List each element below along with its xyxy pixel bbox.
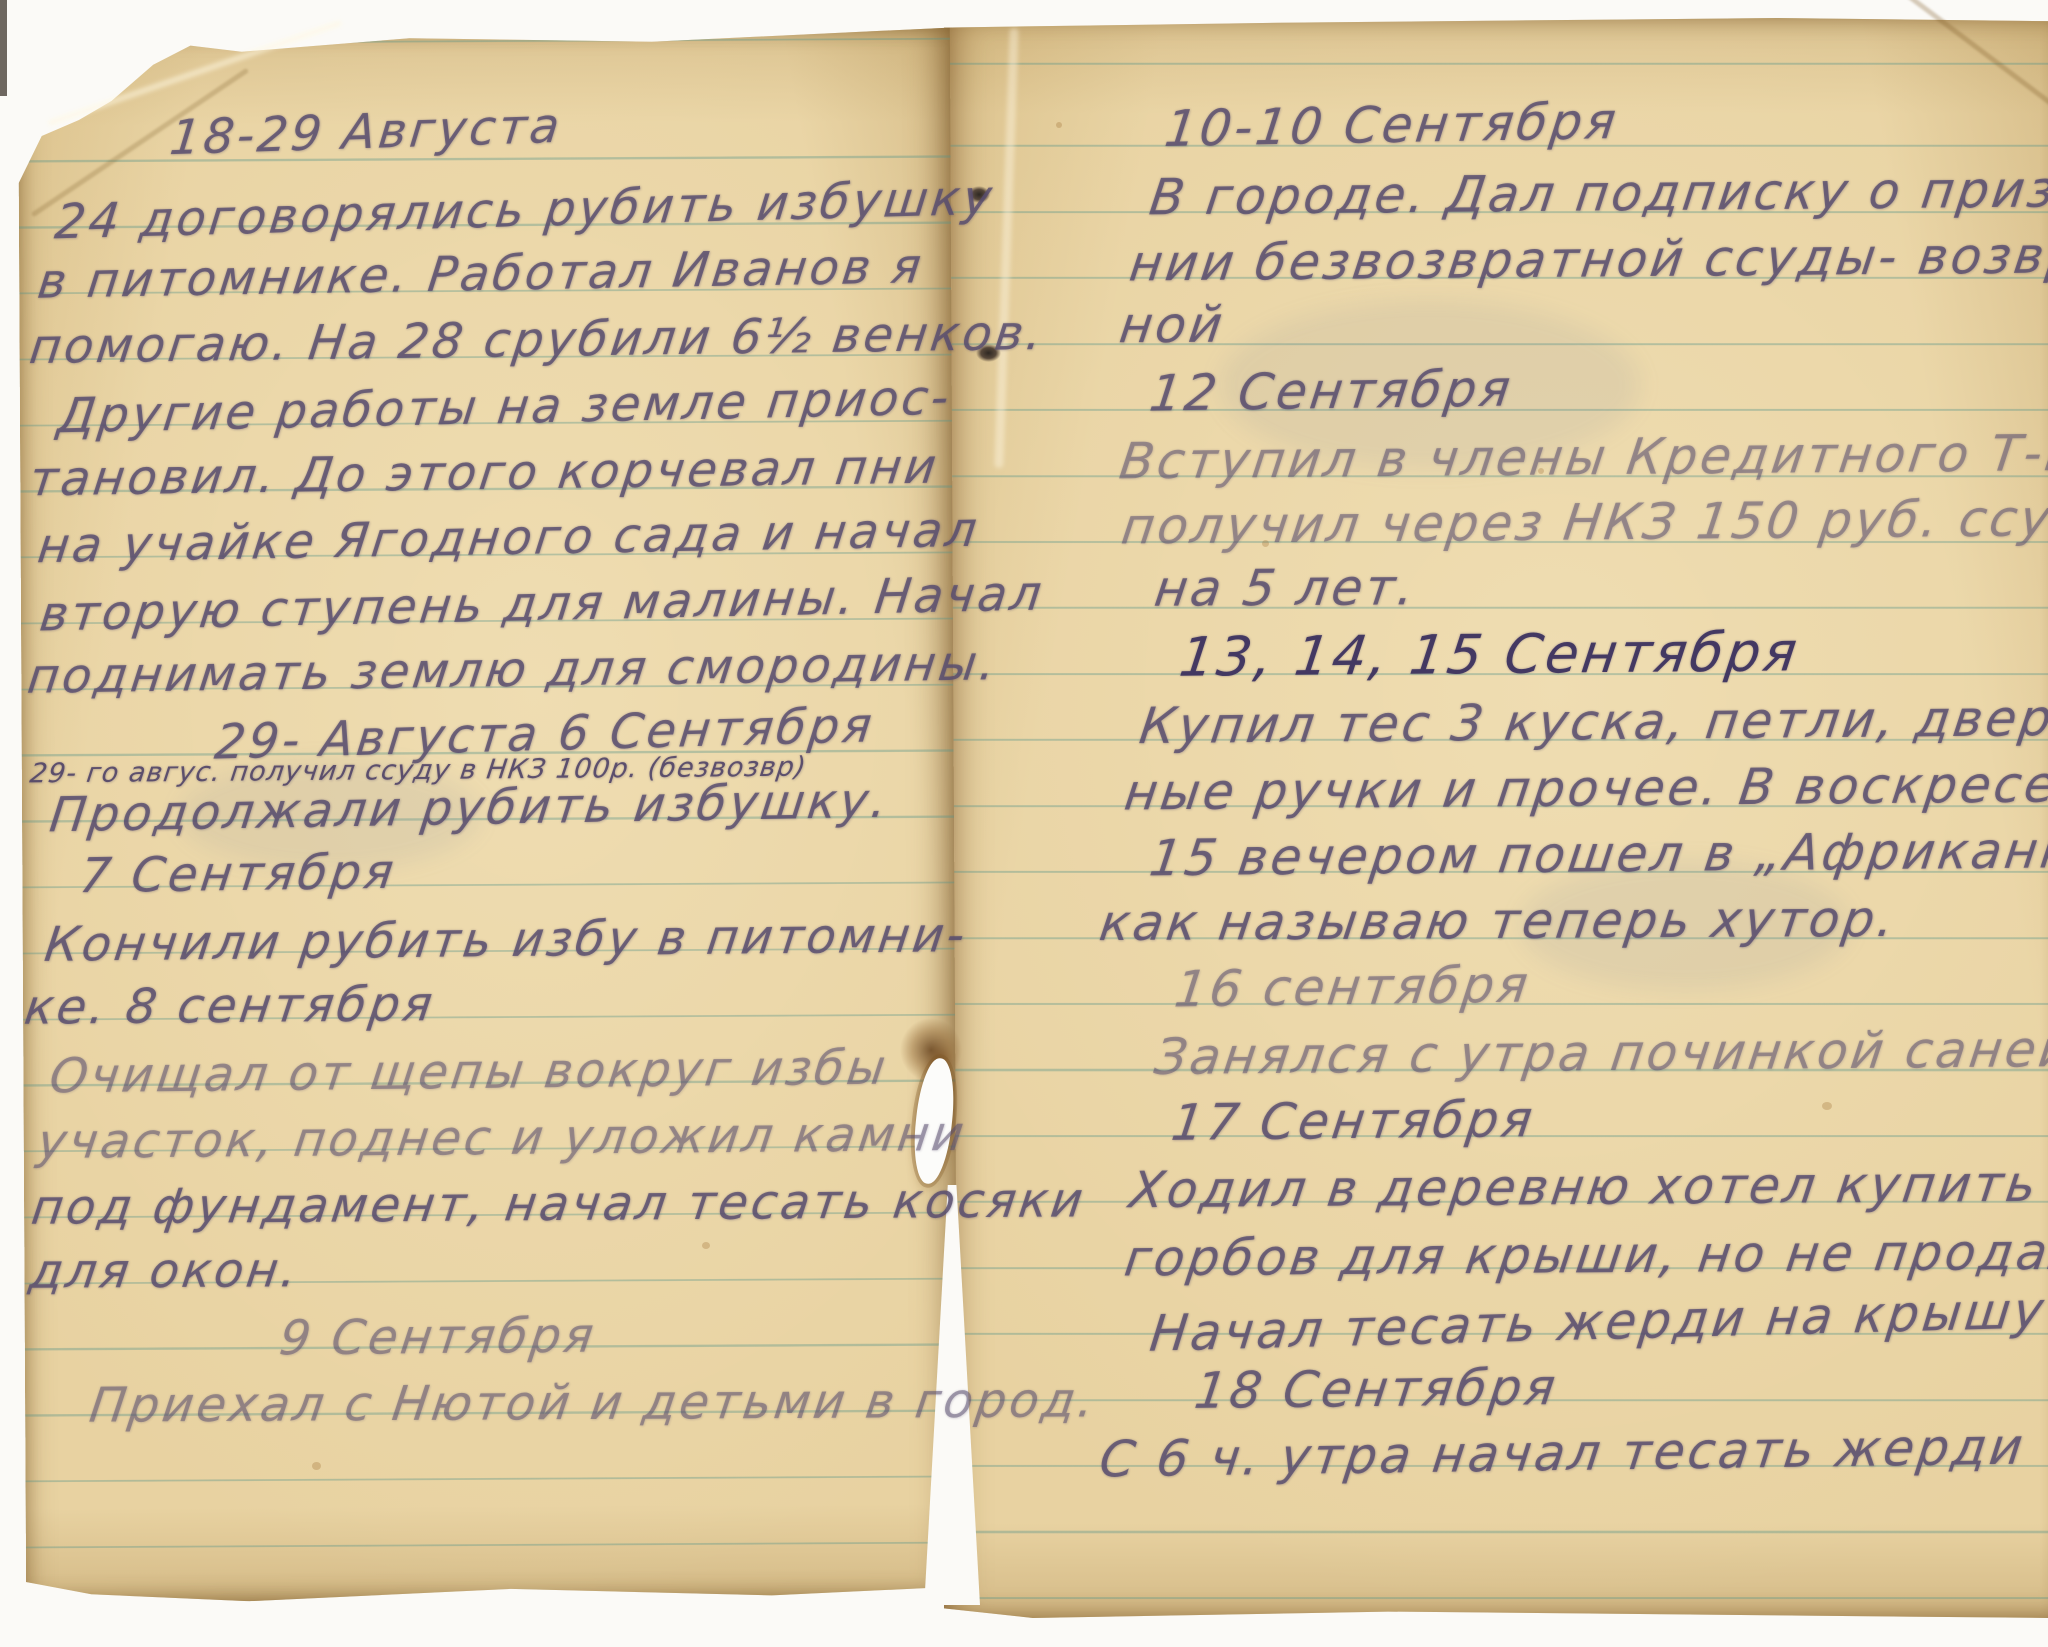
handwritten-line: ке. 8 сентября — [22, 980, 438, 1032]
handwritten-line: Кончили рубить избу в питомни- — [42, 911, 970, 969]
handwritten-line: поднимать землю для смородины. — [25, 639, 1001, 701]
handwritten-line: Купил тес 3 куска, петли, двер- — [1137, 693, 2048, 751]
handwritten-line: 24 договорялись рубить избушку — [52, 174, 997, 247]
handwritten-line: 12 Сентября — [1147, 363, 1516, 418]
handwritten-line: ные ручки и прочее. В воскресенье — [1122, 758, 2048, 817]
handwritten-line: Начал тесать жерди на крышу — [1147, 1285, 2048, 1359]
handwriting-layer: 18-29 Августа24 договорялись рубить избу… — [0, 0, 2048, 1647]
handwritten-line: участок, поднес и уложил камни — [35, 1110, 970, 1166]
handwritten-line: 13, 14, 15 Сентября — [1176, 625, 1802, 684]
handwritten-line: Приехал с Нютой и детьми в город. — [87, 1376, 1100, 1429]
handwritten-line: горбов для крыши, но не продали — [1122, 1227, 2048, 1284]
handwritten-line: 18 Сентября — [1192, 1362, 1561, 1416]
handwritten-line: 17 Сентября — [1169, 1094, 1538, 1148]
handwritten-line: для окон. — [27, 1246, 303, 1295]
handwritten-line: помогаю. На 28 срубили 6½ венков. — [27, 309, 1048, 371]
handwritten-line: Другие работы на земле приос- — [55, 374, 954, 441]
handwritten-line: 9 Сентября — [277, 1312, 599, 1363]
handwritten-line: нии безвозвратной ссуды- возврат- — [1127, 229, 2048, 288]
handwritten-line: Очищал от щепы вокруг избы — [47, 1044, 891, 1101]
handwritten-line: вторую ступень для малины. Начал — [37, 569, 1047, 638]
notebook-scan: 18-29 Августа24 договорялись рубить избу… — [0, 0, 2048, 1647]
handwritten-line: 15 вечером пошел в „Африканку“ — [1147, 825, 2048, 884]
handwritten-line: С 6 ч. утра начал тесать жерди — [1097, 1421, 2029, 1484]
handwritten-line: в питомнике. Работал Иванов я — [35, 242, 926, 306]
handwritten-line: тановил. До этого корчевал пни — [27, 443, 942, 504]
handwritten-line: Ходил в деревню хотел купить — [1127, 1159, 2042, 1215]
handwritten-line: под фундамент, начал тесать косяки — [29, 1176, 1089, 1231]
handwritten-line: Вступил в члены Кредитного Т-ва — [1117, 428, 2048, 487]
handwritten-line: В городе. Дал подписку о призна- — [1147, 164, 2048, 223]
handwritten-line: 10-10 Сентября — [1162, 96, 1621, 154]
handwritten-line: 16 сентября — [1172, 959, 1534, 1014]
handwritten-line: Занялся с утра починкой саней — [1152, 1024, 2048, 1082]
handwritten-line: Продолжали рубить избушку. — [47, 777, 892, 840]
handwritten-line: получил через НКЗ 150 руб. ссуду. — [1119, 493, 2048, 552]
handwritten-line: как называю теперь хутор. — [1097, 894, 1900, 948]
handwritten-line: 7 Сентября — [77, 848, 399, 901]
handwritten-line: на 5 лет. — [1152, 562, 1420, 613]
handwritten-line: ной — [1117, 300, 1229, 351]
handwritten-line: 18-29 Августа — [167, 102, 564, 163]
handwritten-line: на учайке Ягодного сада и начал — [35, 506, 982, 571]
